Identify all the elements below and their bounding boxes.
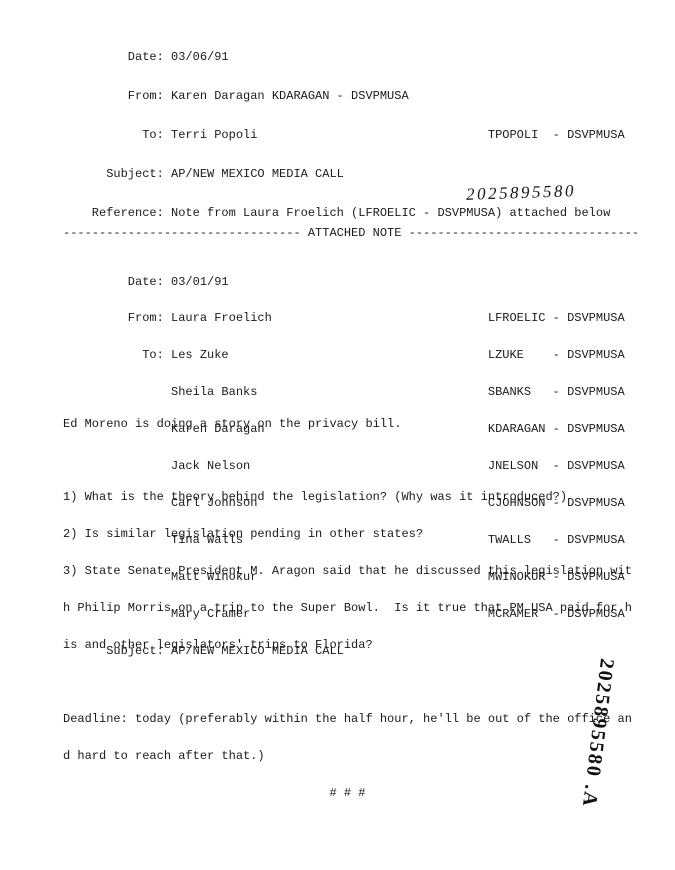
attached-note-divider: --------------------------------- ATTACH… bbox=[63, 227, 639, 239]
note-header-from-line: From: Laura Froelich LFROELIC - DSVPMUSA bbox=[63, 312, 625, 324]
handwritten-bates-number: 2025895580 bbox=[466, 181, 577, 205]
memo-header-date-line: Date: 03/06/91 bbox=[63, 51, 625, 64]
body-question-3-c: is and other legislators' trips to Flori… bbox=[63, 639, 632, 651]
memo-header-to-line: To: Terri Popoli TPOPOLI - DSVPMUSA bbox=[63, 129, 625, 142]
note-body: Ed Moreno is doing a story on the privac… bbox=[63, 393, 632, 823]
body-question-1: 1) What is the theory behind the legisla… bbox=[63, 491, 632, 503]
body-question-3: 3) State Senate President M. Aragon said… bbox=[63, 565, 632, 577]
memo-header: Date: 03/06/91 From: Karen Daragan KDARA… bbox=[63, 25, 625, 246]
body-deadline-b: d hard to reach after that.) bbox=[63, 750, 632, 762]
body-blank-line bbox=[63, 454, 632, 466]
body-deadline-line: Deadline: today (preferably within the h… bbox=[63, 713, 632, 725]
note-header-to-line: To: Les Zuke LZUKE - DSVPMUSA bbox=[63, 349, 625, 361]
memo-header-from-line: From: Karen Daragan KDARAGAN - DSVPMUSA bbox=[63, 90, 625, 103]
body-blank-line bbox=[63, 676, 632, 688]
body-end-marks: # # # bbox=[63, 787, 632, 799]
document-page: Date: 03/06/91 From: Karen Daragan KDARA… bbox=[0, 0, 675, 870]
body-intro-line: Ed Moreno is doing a story on the privac… bbox=[63, 418, 632, 430]
memo-header-subject-line: Subject: AP/NEW MEXICO MEDIA CALL bbox=[63, 168, 625, 181]
body-question-2: 2) Is similar legislation pending in oth… bbox=[63, 528, 632, 540]
memo-header-reference-line: Reference: Note from Laura Froelich (LFR… bbox=[63, 207, 625, 220]
body-question-3-b: h Philip Morris on a trip to the Super B… bbox=[63, 602, 632, 614]
note-header-date-line: Date: 03/01/91 bbox=[63, 276, 625, 288]
